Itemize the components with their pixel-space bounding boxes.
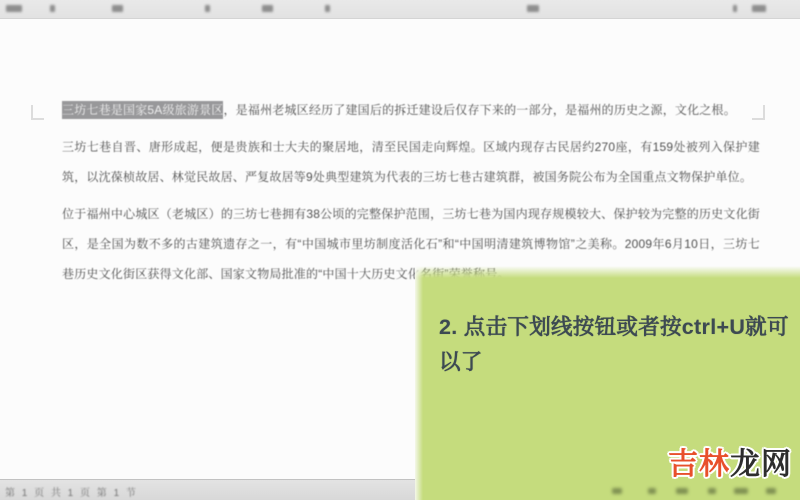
page-indicator: 第 1 页 共 1 页 第 1 节 (5, 484, 138, 499)
toolbar-icon[interactable] (205, 5, 210, 12)
view-controls-ghost (734, 488, 748, 494)
view-controls-ghost (766, 488, 776, 494)
watermark-part1: 吉林 (668, 448, 730, 481)
toolbar-icon[interactable] (262, 5, 273, 12)
toolbar-icon[interactable] (6, 5, 22, 12)
toolbar-icon[interactable] (733, 5, 737, 12)
toolbar-icon[interactable] (50, 5, 55, 12)
watermark: 吉林龙网 (668, 439, 792, 483)
annotation-text: 2. 点击下划线按钮或者按ctrl+U就可以了 (439, 310, 797, 380)
paragraph[interactable]: 三坊七巷是国家5A级旅游景区，是福州老城区经历了建国后的拆迁建设后仅存下来的一部… (62, 95, 760, 125)
toolbar-icon[interactable] (527, 5, 539, 12)
watermark-part2: 龙网 (730, 448, 792, 481)
view-controls-ghost (648, 488, 656, 494)
toolbar-icon[interactable] (752, 5, 766, 12)
view-controls-ghost (676, 488, 688, 494)
toolbar-icon[interactable] (112, 5, 123, 12)
paragraph[interactable]: 三坊七巷自晋、唐形成起，便是贵族和士大夫的聚居地，清至民国走向辉煌。区域内现存古… (62, 132, 760, 192)
view-controls-ghost (612, 488, 622, 494)
word-processor-window: 三坊七巷是国家5A级旅游景区，是福州老城区经历了建国后的拆迁建设后仅存下来的一部… (0, 0, 800, 500)
view-controls-ghost (708, 488, 716, 494)
selected-text[interactable]: 三坊七巷是国家5A级旅游景区 (62, 101, 223, 119)
toolbar-icon[interactable] (325, 5, 330, 12)
paragraph-text[interactable]: ，是福州老城区经历了建国后的拆迁建设后仅存下来的一部分，是福州的历史之源，文化之… (223, 103, 735, 117)
ribbon-toolbar (0, 0, 800, 19)
text-boundary-corner-icon (31, 105, 44, 120)
